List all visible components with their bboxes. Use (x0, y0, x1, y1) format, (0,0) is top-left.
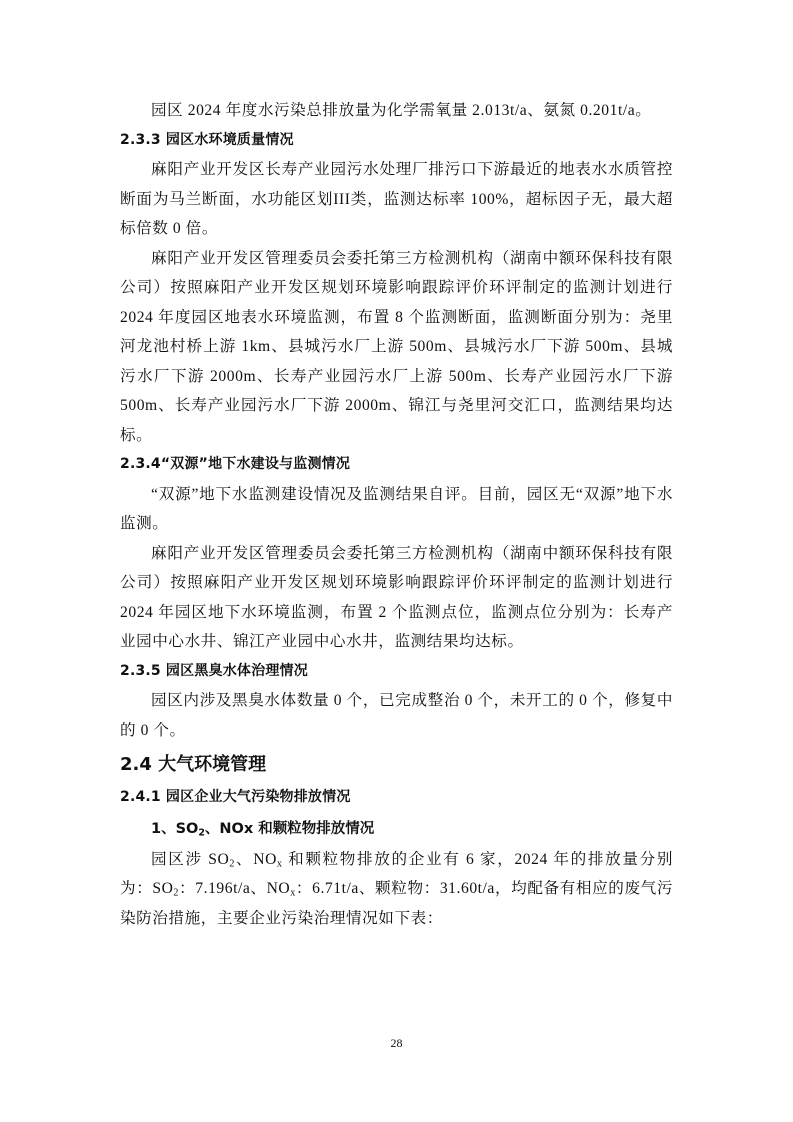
heading-2-3-5: 2.3.5 园区黑臭水体治理情况 (120, 657, 673, 687)
page-number: 28 (0, 1036, 793, 1051)
heading-2-3-3: 2.3.3 园区水环境质量情况 (120, 126, 673, 156)
text-run: 、NO (235, 851, 277, 868)
subheading-prefix: 1、SO (151, 821, 198, 837)
paragraph-water-quality: 麻阳产业开发区长寿产业园污水处理厂排污口下游最近的地表水水质管控断面为马兰断面，… (120, 155, 673, 244)
paragraph-groundwater-self-eval: “双源”地下水监测建设情况及监测结果自评。目前，园区无“双源”地下水监测。 (120, 480, 673, 539)
page-content: 园区 2024 年度水污染总排放量为化学需氧量 2.013t/a、氨氮 0.20… (120, 96, 673, 933)
heading-2-3-4: 2.3.4“双源”地下水建设与监测情况 (120, 450, 673, 480)
paragraph-water-emissions: 园区 2024 年度水污染总排放量为化学需氧量 2.013t/a、氨氮 0.20… (120, 96, 673, 126)
subheading-so2-nox-pm: 1、SO2、NOx 和颗粒物排放情况 (120, 813, 673, 845)
text-run: 园区涉 SO (151, 851, 229, 868)
heading-2-4: 2.4 大气环境管理 (120, 747, 673, 783)
paragraph-groundwater-monitoring: 麻阳产业开发区管理委员会委托第三方检测机构（湖南中额环保科技有限公司）按照麻阳产… (120, 539, 673, 657)
heading-2-4-1: 2.4.1 园区企业大气污染物排放情况 (120, 783, 673, 813)
text-run: ：7.196t/a、NO (179, 880, 290, 897)
paragraph-surface-water-monitoring: 麻阳产业开发区管理委员会委托第三方检测机构（湖南中额环保科技有限公司）按照麻阳产… (120, 244, 673, 451)
subheading-rest: 、NOx 和颗粒物排放情况 (205, 821, 374, 837)
document-page: 园区 2024 年度水污染总排放量为化学需氧量 2.013t/a、氨氮 0.20… (0, 0, 793, 1122)
paragraph-black-odorous-water: 园区内涉及黑臭水体数量 0 个，已完成整治 0 个，未开工的 0 个，修复中的 … (120, 686, 673, 745)
paragraph-air-emissions: 园区涉 SO2、NOx 和颗粒物排放的企业有 6 家，2024 年的排放量分别为… (120, 845, 673, 934)
